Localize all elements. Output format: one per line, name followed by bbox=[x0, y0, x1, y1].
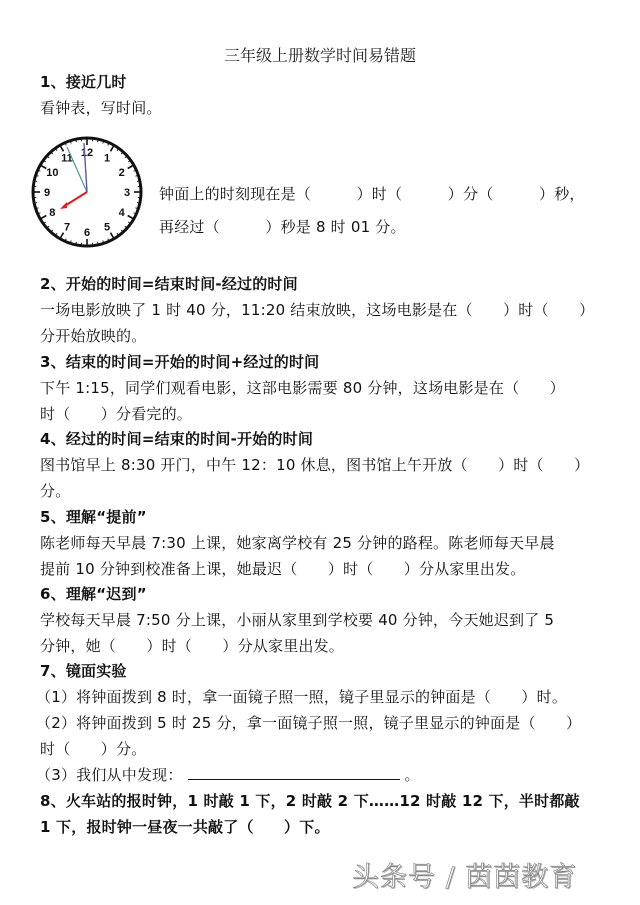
question-5-line-2: 提前 10 分钟到校准备上课，她最迟（ ）时（ ）分从家里出发。 bbox=[40, 558, 525, 579]
document-title: 三年级上册数学时间易错题 bbox=[0, 43, 640, 66]
clock-number: 10 bbox=[46, 167, 58, 179]
question-7-part-2: （2）将钟面拨到 5 时 25 分，拿一面镜子照一照，镜子里显示的钟面是（ ） bbox=[36, 712, 581, 733]
question-1-heading: 1、接近几时 bbox=[40, 71, 127, 92]
question-7-part-3: （3）我们从中发现： 。 bbox=[36, 764, 420, 785]
question-7-part-3-label: （3）我们从中发现： bbox=[36, 766, 183, 784]
clock-number: 8 bbox=[49, 207, 55, 219]
question-5-line-1: 陈老师每天早晨 7:30 上课，她家离学校有 25 分钟的路程。陈老师每天早晨 bbox=[40, 532, 555, 553]
question-5-heading: 5、理解“提前” bbox=[40, 506, 147, 527]
watermark: 头条号 / 茵茵教育 bbox=[352, 855, 577, 894]
clock-number: 3 bbox=[124, 187, 130, 199]
clock-number: 6 bbox=[84, 227, 90, 239]
question-8-line-2: 1 下，报时钟一昼夜一共敲了（ ）下。 bbox=[40, 816, 330, 837]
clock-number: 4 bbox=[119, 207, 126, 219]
answer-blank-line[interactable] bbox=[188, 765, 400, 780]
clock-face-image: 121234567891011 bbox=[29, 135, 145, 249]
question-8-line-1: 8、火车站的报时钟，1 时敲 1 下，2 时敲 2 下……12 时敲 12 下，… bbox=[40, 790, 580, 811]
question-7-part-2-cont: 时（ ）分。 bbox=[40, 738, 146, 759]
question-6-line-1: 学校每天早晨 7:50 分上课，小丽从家里到学校要 40 分钟，今天她迟到了 5 bbox=[40, 609, 554, 630]
question-1-instruction: 看钟表，写时间。 bbox=[40, 97, 162, 118]
question-4-line-2: 分。 bbox=[40, 480, 70, 501]
question-1-line-2: 再经过（ ）秒是 8 时 01 分。 bbox=[159, 216, 406, 237]
question-3-line-1: 下午 1:15，同学们观看电影，这部电影需要 80 分钟，这场电影是在（ ） bbox=[40, 377, 565, 398]
clock-number: 5 bbox=[104, 222, 110, 234]
question-2-heading: 2、开始的时间=结束时间-经过的时间 bbox=[40, 273, 298, 294]
question-4-heading: 4、经过的时间=结束的时间-开始的时间 bbox=[40, 428, 313, 449]
question-1-line-1: 钟面上的时刻现在是（ ）时（ ）分（ ）秒， bbox=[159, 183, 585, 204]
clock-number: 9 bbox=[44, 187, 50, 199]
clock-number: 7 bbox=[64, 222, 70, 234]
question-6-line-2: 分钟，她（ ）时（ ）分从家里出发。 bbox=[40, 635, 344, 656]
clock-number: 1 bbox=[104, 152, 110, 164]
question-3-line-2: 时（ ）分看完的。 bbox=[40, 403, 192, 424]
question-2-line-1: 一场电影放映了 1 时 40 分，11:20 结束放映，这场电影是在（ ）时（ … bbox=[40, 299, 594, 320]
question-4-line-1: 图书馆早上 8:30 开门，中午 12：10 休息，图书馆上午开放（ ）时（ ） bbox=[40, 454, 589, 475]
question-6-heading: 6、理解“迟到” bbox=[40, 583, 147, 604]
question-2-line-2: 分开始放映的。 bbox=[40, 325, 146, 346]
clock-number: 12 bbox=[81, 147, 93, 159]
question-7-part-3-end: 。 bbox=[404, 766, 419, 784]
question-7-heading: 7、镜面实验 bbox=[40, 660, 127, 681]
question-3-heading: 3、结束的时间=开始的时间+经过的时间 bbox=[40, 351, 319, 372]
clock-number: 2 bbox=[119, 167, 125, 179]
question-7-part-1: （1）将钟面拨到 8 时，拿一面镜子照一照，镜子里显示的钟面是（ ）时。 bbox=[36, 686, 567, 707]
clock-number: 11 bbox=[61, 152, 73, 164]
